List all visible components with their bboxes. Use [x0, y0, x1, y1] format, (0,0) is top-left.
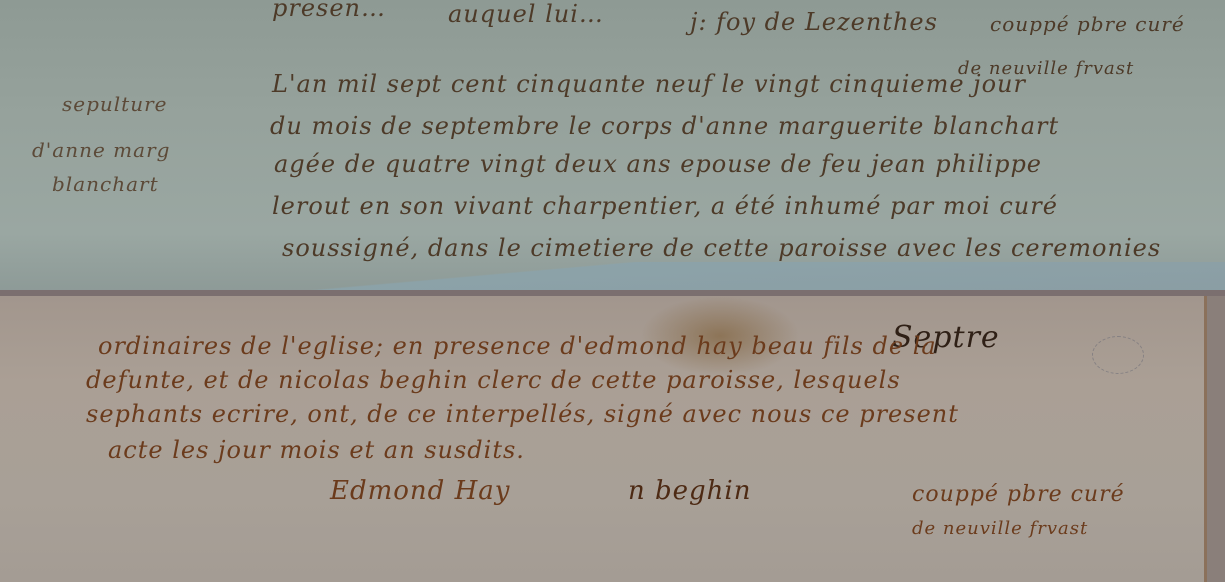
- signature-witness-edmond-hay: Edmond Hay: [330, 476, 510, 506]
- entry-line: L'an mil sept cent cinquante neuf le vin…: [272, 70, 1026, 98]
- manuscript-page-top: presen… auquel lui… j: foy de Lezenthes …: [0, 0, 1225, 292]
- previous-entry-fragment-left: presen…: [272, 0, 386, 22]
- archive-stamp-icon: [1092, 336, 1144, 374]
- entry-line: ordinaires de l'eglise; en presence d'ed…: [98, 332, 937, 360]
- margin-note-line: blanchart: [52, 172, 159, 196]
- entry-line: agée de quatre vingt deux ans epouse de …: [274, 150, 1042, 178]
- previous-entry-cure-signature: couppé pbre curé: [990, 12, 1185, 36]
- entry-line: du mois de septembre le corps d'anne mar…: [270, 112, 1059, 140]
- previous-entry-signature: j: foy de Lezenthes: [690, 8, 938, 36]
- entry-line: defunte, et de nicolas beghin clerc de c…: [86, 366, 901, 394]
- signature-cure: couppé pbre curé: [912, 482, 1125, 507]
- entry-line: lerout en son vivant charpentier, a été …: [272, 192, 1058, 220]
- signature-parish: de neuville frvast: [912, 518, 1088, 539]
- entry-line: acte les jour mois et an susdits.: [108, 436, 525, 464]
- torn-paper-edge: [0, 262, 1225, 292]
- page-right-edge: [1204, 296, 1225, 582]
- manuscript-page-bottom: Septre ordinaires de l'eglise; en presen…: [0, 296, 1225, 582]
- entry-line: soussigné, dans le cimetiere de cette pa…: [282, 234, 1161, 262]
- previous-entry-fragment-mid: auquel lui…: [448, 0, 604, 28]
- margin-note-line: d'anne marg: [32, 138, 170, 162]
- signature-witness-beghin: n beghin: [628, 476, 752, 506]
- margin-note-line: sepulture: [62, 92, 168, 116]
- entry-line: sephants ecrire, ont, de ce interpellés,…: [86, 400, 959, 428]
